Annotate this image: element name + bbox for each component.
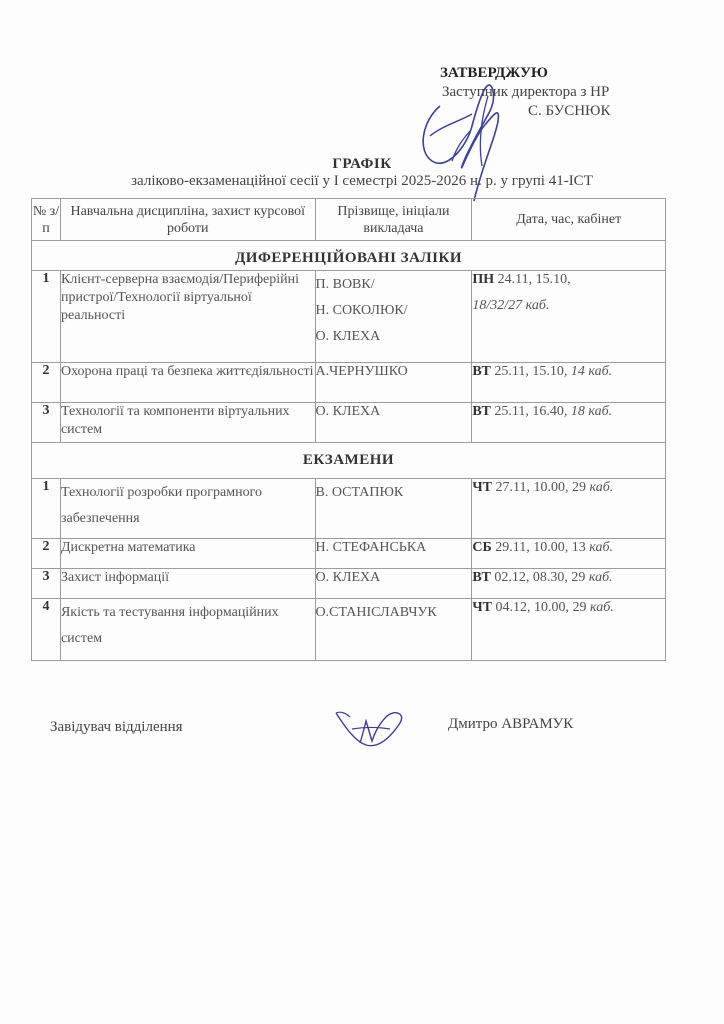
row-datetime: ЧТ 27.11, 10.00, 29 каб.	[472, 479, 666, 539]
footer-name: Дмитро АВРАМУК	[448, 716, 573, 733]
schedule-table: № з/п Навчальна дисципліна, захист курсо…	[31, 198, 666, 661]
day-of-week: ВТ	[472, 404, 491, 419]
table-row: 4 Якість та тестування інформаційних сис…	[32, 599, 666, 661]
date-time: 02.12, 08.30, 29	[494, 570, 585, 585]
room: 18 каб.	[571, 404, 612, 419]
room: каб.	[590, 600, 614, 615]
teacher-name: П. ВОВК/	[316, 272, 472, 298]
row-subject: Клієнт-серверна взаємодія/Периферійні пр…	[60, 271, 315, 363]
date-time: 25.11, 16.40,	[494, 404, 567, 419]
day-of-week: ЧТ	[472, 480, 492, 495]
document-title: ГРАФІК	[0, 156, 724, 173]
row-subject: Дискретна математика	[60, 539, 315, 569]
row-teachers: О.СТАНІСЛАВЧУК	[315, 599, 472, 661]
header-no: № з/п	[32, 199, 61, 241]
row-teachers: Н. СТЕФАНСЬКА	[315, 539, 472, 569]
day-of-week: ЧТ	[472, 600, 492, 615]
row-number: 4	[32, 599, 61, 661]
date-time: 04.12, 10.00, 29	[496, 600, 587, 615]
day-of-week: ВТ	[472, 364, 491, 379]
section-title: ЕКЗАМЕНИ	[32, 443, 666, 479]
teacher-name: Н. СОКОЛЮК/	[316, 298, 472, 324]
row-datetime: СБ 29.11, 10.00, 13 каб.	[472, 539, 666, 569]
row-teachers: А.ЧЕРНУШКО	[315, 363, 472, 403]
room: 14 каб.	[571, 364, 612, 379]
row-number: 1	[32, 479, 61, 539]
date-time: 29.11, 10.00, 13	[495, 540, 585, 555]
approval-heading: ЗАТВЕРДЖУЮ	[440, 64, 700, 83]
section-header: ДИФЕРЕНЦІЙОВАНІ ЗАЛІКИ	[32, 241, 666, 271]
row-number: 1	[32, 271, 61, 363]
row-datetime: ВТ 25.11, 16.40, 18 каб.	[472, 403, 666, 443]
table-row: 3 Захист інформації О. КЛЕХА ВТ 02.12, 0…	[32, 569, 666, 599]
room: каб.	[589, 540, 613, 555]
row-number: 2	[32, 539, 61, 569]
day-of-week: ВТ	[472, 570, 491, 585]
approval-role: Заступник директора з НР	[440, 83, 700, 102]
date-time: 25.11, 15.10,	[494, 364, 567, 379]
row-datetime: ВТ 25.11, 15.10, 14 каб.	[472, 363, 666, 403]
row-teachers: В. ОСТАПЮК	[315, 479, 472, 539]
table-row: 2 Дискретна математика Н. СТЕФАНСЬКА СБ …	[32, 539, 666, 569]
row-subject: Захист інформації	[60, 569, 315, 599]
room: 18/32/27 каб.	[472, 297, 665, 315]
document-subtitle: заліково-екзаменаційної сесії у І семест…	[0, 173, 724, 190]
row-number: 3	[32, 569, 61, 599]
date-time: 24.11, 15.10,	[498, 272, 571, 287]
teacher-name: О. КЛЕХА	[316, 324, 472, 350]
row-subject: Охорона праці та безпека життєдіяльності	[60, 363, 315, 403]
section-header: ЕКЗАМЕНИ	[32, 443, 666, 479]
header-datetime: Дата, час, кабінет	[472, 199, 666, 241]
room: каб.	[589, 570, 613, 585]
row-datetime: ЧТ 04.12, 10.00, 29 каб.	[472, 599, 666, 661]
date-time: 27.11, 10.00, 29	[496, 480, 586, 495]
row-teachers: О. КЛЕХА	[315, 569, 472, 599]
row-number: 2	[32, 363, 61, 403]
row-datetime: ПН 24.11, 15.10, 18/32/27 каб.	[472, 271, 666, 363]
row-subject: Якість та тестування інформаційних систе…	[60, 599, 315, 661]
table-row: 1 Клієнт-серверна взаємодія/Периферійні …	[32, 271, 666, 363]
header-subject: Навчальна дисципліна, захист курсової ро…	[60, 199, 315, 241]
row-teachers: П. ВОВК/ Н. СОКОЛЮК/ О. КЛЕХА	[315, 271, 472, 363]
approval-block: ЗАТВЕРДЖУЮ Заступник директора з НР С. Б…	[440, 64, 700, 121]
section-title: ДИФЕРЕНЦІЙОВАНІ ЗАЛІКИ	[32, 241, 666, 271]
approval-name: С. БУСНЮК	[440, 102, 700, 121]
row-number: 3	[32, 403, 61, 443]
day-of-week: ПН	[472, 272, 494, 287]
room: каб.	[590, 480, 614, 495]
row-subject: Технології та компоненти віртуальних сис…	[60, 403, 315, 443]
row-teachers: О. КЛЕХА	[315, 403, 472, 443]
header-teacher: Прізвище, ініціали викладача	[315, 199, 472, 241]
head-signature	[330, 705, 410, 755]
table-row: 2 Охорона праці та безпека життєдіяльнос…	[32, 363, 666, 403]
table-row: 3 Технології та компоненти віртуальних с…	[32, 403, 666, 443]
table-header-row: № з/п Навчальна дисципліна, захист курсо…	[32, 199, 666, 241]
table-row: 1 Технології розробки програмного забезп…	[32, 479, 666, 539]
day-of-week: СБ	[472, 540, 491, 555]
row-subject: Технології розробки програмного забезпеч…	[60, 479, 315, 539]
row-datetime: ВТ 02.12, 08.30, 29 каб.	[472, 569, 666, 599]
footer-position: Завідувач відділення	[50, 719, 183, 736]
